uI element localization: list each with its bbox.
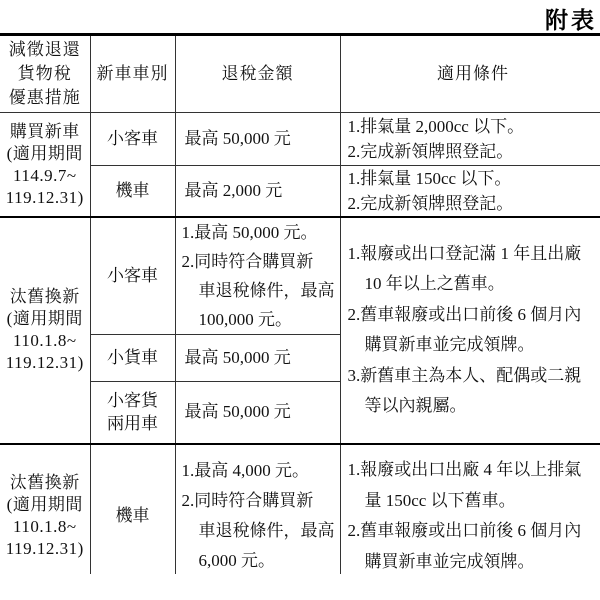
table-row: 汰舊換新 (適用期間 110.1.8~ 119.12.31) 機車 1.最高 4…: [0, 444, 600, 575]
vehicle-cell: 小貨車: [90, 335, 175, 382]
header-conditions: 適用條件: [340, 35, 600, 113]
amount-cell: 最高 50,000 元: [175, 382, 340, 444]
amount-cell: 1.最高 50,000 元。 2.同時符合購買新 車退稅條件，最高 100,00…: [175, 217, 340, 335]
measure-cell-buy-new: 購買新車 (適用期間 114.9.7~ 119.12.31): [0, 113, 90, 218]
table-row: 購買新車 (適用期間 114.9.7~ 119.12.31) 小客車 最高 50…: [0, 113, 600, 166]
conditions-cell: 1.報廢或出口登記滿 1 年且出廠 10 年以上之舊車。 2.舊車報廢或出口前後…: [340, 217, 600, 444]
header-measure: 減徵退還 貨物稅 優惠措施: [0, 35, 90, 113]
table-wrap: 減徵退還 貨物稅 優惠措施 新車車別 退稅金額 適用條件 購買新車 (適用期間 …: [0, 33, 600, 574]
amount-cell: 最高 50,000 元: [175, 113, 340, 166]
amount-cell: 最高 50,000 元: [175, 335, 340, 382]
amount-cell: 1.最高 4,000 元。 2.同時符合購買新 車退稅條件，最高 6,000 元…: [175, 444, 340, 575]
header-vehicle: 新車車別: [90, 35, 175, 113]
vehicle-cell: 機車: [90, 166, 175, 218]
refund-table: 減徵退還 貨物稅 優惠措施 新車車別 退稅金額 適用條件 購買新車 (適用期間 …: [0, 33, 600, 574]
table-row: 汰舊換新 (適用期間 110.1.8~ 119.12.31) 小客車 1.最高 …: [0, 217, 600, 335]
document-page: 附表 減徵退還 貨物稅 優惠措施 新車車別 退稅金額 適用條件 購買新車 (適用…: [0, 0, 600, 600]
annex-label: 附表: [545, 2, 597, 35]
conditions-cell: 1.報廢或出口出廠 4 年以上排氣 量 150cc 以下舊車。 2.舊車報廢或出…: [340, 444, 600, 575]
header-row: 減徵退還 貨物稅 優惠措施 新車車別 退稅金額 適用條件: [0, 35, 600, 113]
table-row: 機車 最高 2,000 元 1.排氣量 150cc 以下。 2.完成新領牌照登記…: [0, 166, 600, 218]
measure-cell-replace-car: 汰舊換新 (適用期間 110.1.8~ 119.12.31): [0, 217, 90, 444]
vehicle-cell: 小客貨 兩用車: [90, 382, 175, 444]
conditions-cell: 1.排氣量 2,000cc 以下。 2.完成新領牌照登記。: [340, 113, 600, 166]
measure-cell-replace-moto: 汰舊換新 (適用期間 110.1.8~ 119.12.31): [0, 444, 90, 575]
conditions-cell: 1.排氣量 150cc 以下。 2.完成新領牌照登記。: [340, 166, 600, 218]
header-amount: 退稅金額: [175, 35, 340, 113]
amount-cell: 最高 2,000 元: [175, 166, 340, 218]
vehicle-cell: 小客車: [90, 217, 175, 335]
vehicle-cell: 小客車: [90, 113, 175, 166]
vehicle-cell: 機車: [90, 444, 175, 575]
